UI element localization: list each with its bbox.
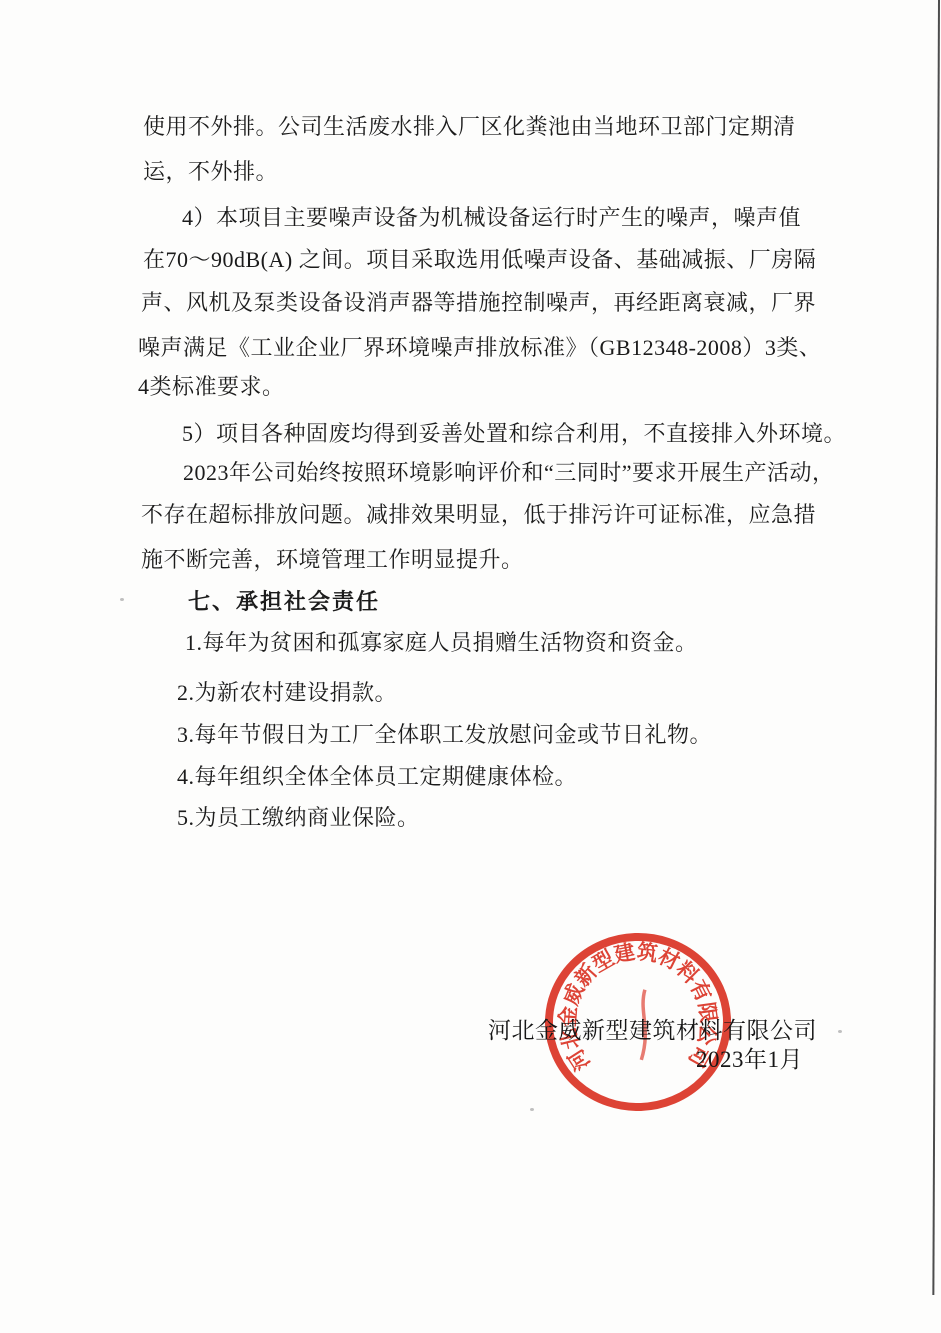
section-heading: 七、承担社会责任 — [188, 587, 380, 617]
list-item: 4.每年组织全体全体员工定期健康体检。 — [177, 762, 577, 792]
doc-line: 5）项目各种固废均得到妥善处置和综合利用，不直接排入外环境。 — [182, 419, 846, 449]
doc-line: 4）本项目主要噪声设备为机械设备运行时产生的噪声，噪声值 — [182, 203, 801, 233]
scan-noise-speck — [838, 1030, 842, 1033]
signature-date: 2023年1月 — [696, 1041, 803, 1074]
list-item: 1.每年为贫困和孤寡家庭人员捐赠生活物资和资金。 — [185, 628, 698, 658]
doc-line: 声、风机及泵类设备设消声器等措施控制噪声，再经距离衰减，厂界 — [141, 288, 816, 318]
list-item: 3.每年节假日为工厂全体职工发放慰问金或节日礼物。 — [177, 720, 712, 750]
doc-line: 在70～90dB(A) 之间。项目采取选用低噪声设备、基础减振、厂房隔 — [143, 245, 816, 275]
doc-line: 使用不外排。公司生活废水排入厂区化粪池由当地环卫部门定期清 — [143, 112, 796, 142]
doc-line: 2023年公司始终按照环境影响评价和“三同时”要求开展生产活动， — [183, 458, 835, 488]
scan-noise-speck — [120, 598, 124, 601]
scanned-document-page: 使用不外排。公司生活废水排入厂区化粪池由当地环卫部门定期清 运，不外排。 4）本… — [0, 0, 941, 1333]
doc-line: 4类标准要求。 — [138, 372, 285, 402]
doc-line: 施不断完善，环境管理工作明显提升。 — [141, 545, 524, 575]
doc-line: 噪声满足《工业企业厂界环境噪声排放标准》（GB12348-2008）3类、 — [138, 333, 821, 363]
company-seal-stamp: 河北金威新型建筑材料有限公司 — [0, 0, 941, 1333]
scan-artifact-line — [932, 0, 940, 1295]
list-item: 2.为新农村建设捐款。 — [177, 678, 397, 708]
list-item: 5.为员工缴纳商业保险。 — [177, 803, 420, 833]
scan-noise-speck — [530, 1108, 534, 1111]
doc-line: 运，不外排。 — [143, 157, 278, 187]
doc-line: 不存在超标排放问题。减排效果明显，低于排污许可证标准，应急措 — [141, 500, 816, 530]
